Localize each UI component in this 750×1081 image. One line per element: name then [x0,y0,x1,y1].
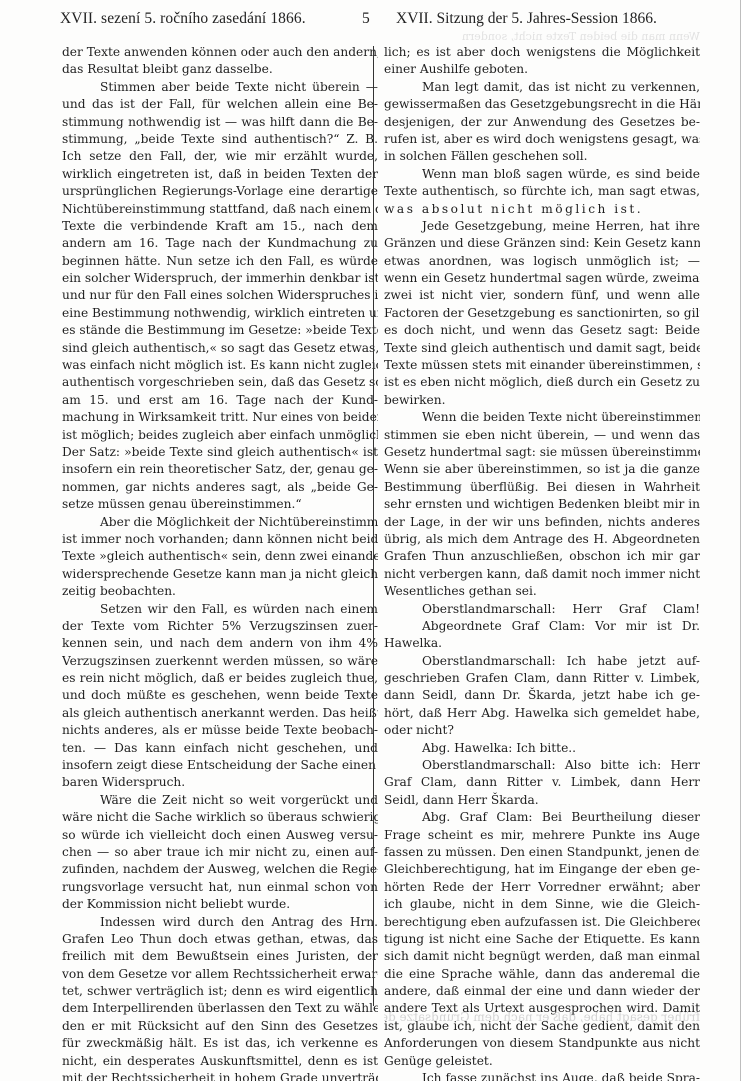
text-line: lich; es ist aber doch wenigstens die Mö… [384,44,700,61]
text-line: Gesetz hundertmal sagt: sie müssen übere… [384,444,700,461]
page-header: XVII. sezení 5. ročního zasedání 1866. 5… [60,10,700,32]
text-line: Texte sind gleich authentisch und damit … [384,340,700,357]
text-line: wenn ein Gesetz hundertmal sagen würde, … [384,270,700,287]
text-line: Bestimmung überflüßig. Bei diesen in Wah… [384,479,700,496]
text-line: beginnen hätte. Nun setze ich den Fall, … [62,253,378,270]
text-line: chen — so aber traue ich mir nicht zu, e… [62,844,378,861]
text-line: sich damit nicht begnügt werden, daß man… [384,948,700,965]
text-line: Anforderungen von diesem Standpunkte aus… [384,1035,700,1052]
text-line: Graf Clam, dann Ritter v. Limbek, dann H… [384,774,700,791]
text-line: für zweckmäßig hält. Es ist das, ich ver… [62,1035,378,1052]
text-line: Oberstlandmarschall: Ich habe jetzt auf- [384,653,700,670]
text-line: Wäre die Zeit nicht so weit vorgerückt u… [62,792,378,809]
text-line: es stände die Bestimmung im Gesetze: »be… [62,322,378,339]
text-line: und das ist der Fall, für welchen allein… [62,96,378,113]
text-line: Wenn sie aber übereinstimmen, so ist ja … [384,461,700,478]
text-line: wäre nicht die Sache wirklich so überaus… [62,809,378,826]
text-line: gewissermaßen das Gesetzgebungsrecht in … [384,96,700,113]
text-line: Wesentliches gethan sei. [384,583,700,600]
text-line: als gleich authentisch anerkannt werden.… [62,705,378,722]
text-line: was einfach nicht möglich ist. Es kann n… [62,357,378,374]
text-line: Gränzen und diese Gränzen sind: Kein Ges… [384,235,700,252]
text-line: Texte müssen stets mit einander übereins… [384,357,700,374]
text-line: hörten Rede der Herr Vorredner erwähnt; … [384,879,700,896]
text-line: dann Seidl, dann Dr. Škarda, jetzt habe … [384,687,700,704]
text-line: stimmung, „beide Texte sind authentisch?… [62,131,378,148]
text-line: kennen sein, und nach dem andern von ihm… [62,635,378,652]
text-line: in solchen Fällen geschehen soll. [384,148,700,165]
page-number: 5 [362,10,370,28]
text-line: Genüge geleistet. [384,1053,700,1070]
text-line: ist es eben nicht möglich, dieß durch ei… [384,374,700,391]
text-line: das Resultat bleibt ganz dasselbe. [62,61,378,78]
text-line: Ich setze den Fall, der, wie mir erzählt… [62,148,378,165]
text-line: Texte »gleich authentisch« sein, denn zw… [62,548,378,565]
text-line: machung in Wirksamkeit tritt. Nur eines … [62,409,378,426]
text-line: am 15. und erst am 16. Tage nach der Kun… [62,392,378,409]
bleed-through-bottom: früher gesagt habe, daß er nach dem Grun… [384,1010,700,1024]
text-line: dem Interpellirenden überlassen den Text… [62,1000,378,1017]
text-line: Hawelka. [384,635,700,652]
right-text-column: lich; es ist aber doch wenigstens die Mö… [384,44,700,1081]
text-line: andern am 16. Tage nach der Kundmachung … [62,235,378,252]
text-line: einer Aushilfe geboten. [384,61,700,78]
text-line: Grafen Thun anzuschließen, obschon ich m… [384,548,700,565]
text-line: Seidl, dann Herr Škarda. [384,792,700,809]
text-line: andere, daß einmal der eine und dann wie… [384,983,700,1000]
text-line: Jede Gesetzgebung, meine Herren, hat ihr… [384,218,700,235]
text-line: oder nicht? [384,722,700,739]
text-line: wirklich eingetreten ist, daß in beiden … [62,166,378,183]
text-line: der Lage, in der wir uns befinden, nicht… [384,514,700,531]
text-line: Aber die Möglichkeit der Nichtübereinsti… [62,514,378,531]
text-line: authentisch vorgeschrieben sein, daß das… [62,374,378,391]
column-divider [373,46,374,1006]
text-line: der Kommission nicht beliebt wurde. [62,896,378,913]
text-line: nicht verbergen kann, daß damit noch imm… [384,566,700,583]
text-line: stimmen sie eben nicht überein, — und we… [384,427,700,444]
text-line: es rein nicht möglich, daß er beides zug… [62,670,378,687]
text-line: Oberstlandmarschall: Herr Graf Clam! [384,601,700,618]
text-line: Frage scheint es mir, mehrere Punkte ins… [384,827,700,844]
text-line: Texte authentisch, so fürchte ich, man s… [384,183,700,200]
text-line: ist immer noch vorhanden; dann können ni… [62,531,378,548]
text-line: Abg. Graf Clam: Bei Beurtheilung dieser [384,809,700,826]
text-line: und doch müßte es geschehen, wenn beide … [62,687,378,704]
left-text-column: der Texte anwenden können oder auch den … [62,44,378,1081]
text-line: Setzen wir den Fall, es würden nach eine… [62,601,378,618]
text-line: Abg. Hawelka: Ich bitte.. [384,740,700,757]
text-line: baren Widerspruch. [62,774,378,791]
text-line: Grafen Leo Thun doch etwas gethan, etwas… [62,931,378,948]
text-line: Factoren der Gesetzgebung es sanctionirt… [384,305,700,322]
newspaper-page: Wenn man die beiden Texte nicht, sondern… [0,0,740,1081]
text-line: nichts anderes, als er müsse beide Texte… [62,722,378,739]
text-line: desjenigen, der zur Anwendung des Gesetz… [384,114,700,131]
text-line: von dem Gesetze vor allem Rechtssicherhe… [62,966,378,983]
text-line: geschrieben Grafen Clam, dann Ritter v. … [384,670,700,687]
text-line: rufen ist, aber es wird doch wenigstens … [384,131,700,148]
text-line: so würde ich vielleicht doch einen Auswe… [62,827,378,844]
text-line: zeitig beobachten. [62,583,378,600]
text-line: Wenn man bloß sagen würde, es sind beide [384,166,700,183]
text-line: Oberstlandmarschall: Also bitte ich: Her… [384,757,700,774]
text-line: zwei ist nicht vier, sondern fünf, und w… [384,287,700,304]
text-line: zufinden, nachdem der Ausweg, welchen di… [62,861,378,878]
text-line: Texte die verbindende Kraft am 15., nach… [62,218,378,235]
text-line: ein solcher Widerspruch, der immerhin de… [62,270,378,287]
text-line: bewirken. [384,392,700,409]
text-line: tigung ist nicht eine Sache der Etiquett… [384,931,700,948]
text-line: die eine Sprache wähle, dann das anderem… [384,966,700,983]
text-line: Man legt damit, das ist nicht zu verkenn… [384,79,700,96]
text-line: nicht, ein desperates Auskunftsmittel, d… [62,1053,378,1070]
text-line: Stimmen aber beide Texte nicht überein — [62,79,378,96]
text-line: eine Bestimmung nothwendig, wirklich ein… [62,305,378,322]
bleed-through-top: Wenn man die beiden Texte nicht, sondern [60,30,700,44]
text-line: es doch nicht, und wenn das Gesetz sagt:… [384,322,700,339]
text-line: tet, schwer verträglich ist; denn es wir… [62,983,378,1000]
text-line: insofern zeigt diese Entscheidung der Sa… [62,757,378,774]
text-line: und nur für den Fall eines solchen Wider… [62,287,378,304]
text-line: fassen zu müssen. Den einen Standpunkt, … [384,844,700,861]
text-line: Nichtübereinstimmung stattfand, daß nach… [62,201,378,218]
text-line: übrig, als mich dem Antrage des H. Abgeo… [384,531,700,548]
text-line: Der Satz: »beide Texte sind gleich authe… [62,444,378,461]
text-line: etwas anordnen, was logisch unmöglich is… [384,253,700,270]
text-line: widersprechende Gesetze kann man ja nich… [62,566,378,583]
text-line: rungsvorlage versucht hat, nun einmal sc… [62,879,378,896]
text-line: Abgeordnete Graf Clam: Vor mir ist Dr. [384,618,700,635]
header-german-title: XVII. Sitzung der 5. Jahres-Session 1866… [396,10,657,28]
text-line: sind gleich authentisch,« so sagt das Ge… [62,340,378,357]
text-line: der Texte vom Richter 5% Verzugszinsen z… [62,618,378,635]
text-line: freilich mit dem Bewußtsein eines Jurist… [62,948,378,965]
header-czech-title: XVII. sezení 5. ročního zasedání 1866. [60,10,306,28]
text-line: ursprünglichen Regierungs-Vorlage eine d… [62,183,378,200]
text-line: was absolut nicht möglich ist. [384,201,700,218]
text-line: der Texte anwenden können oder auch den … [62,44,378,61]
text-line: ich glaube, nicht in dem Sinne, wie die … [384,896,700,913]
text-line: Indessen wird durch den Antrag des Hrn. [62,914,378,931]
text-line: sehr ernsten und wichtigen Bedenken blei… [384,496,700,513]
text-line: hört, daß Herr Abg. Hawelka sich gemelde… [384,705,700,722]
text-line: ten. — Das kann einfach nicht geschehen,… [62,740,378,757]
text-line: Ich fasse zunächst ins Auge, daß beide S… [384,1070,700,1081]
text-line: Verzugszinsen zuerkennt werden müssen, s… [62,653,378,670]
text-line: den er mit Rücksicht auf den Sinn des Ge… [62,1018,378,1035]
text-line: Gleichberechtigung, hat im Eingange der … [384,861,700,878]
text-line: mit der Rechtssicherheit in hohem Grade … [62,1070,378,1081]
text-line: stimmung nothwendig ist — was hilft dann… [62,114,378,131]
text-line: berechtigung eben aufzufassen ist. Die G… [384,914,700,931]
text-line: Wenn die beiden Texte nicht übereinstimm… [384,409,700,426]
text-line: ist möglich; beides zugleich aber einfac… [62,427,378,444]
text-line: insofern ein rein theoretischer Satz, de… [62,461,378,478]
page-edge [740,0,741,1081]
text-line: setze müssen genau übereinstimmen.“ [62,496,378,513]
text-line: nommen, gar nichts anderes sagt, als „be… [62,479,378,496]
